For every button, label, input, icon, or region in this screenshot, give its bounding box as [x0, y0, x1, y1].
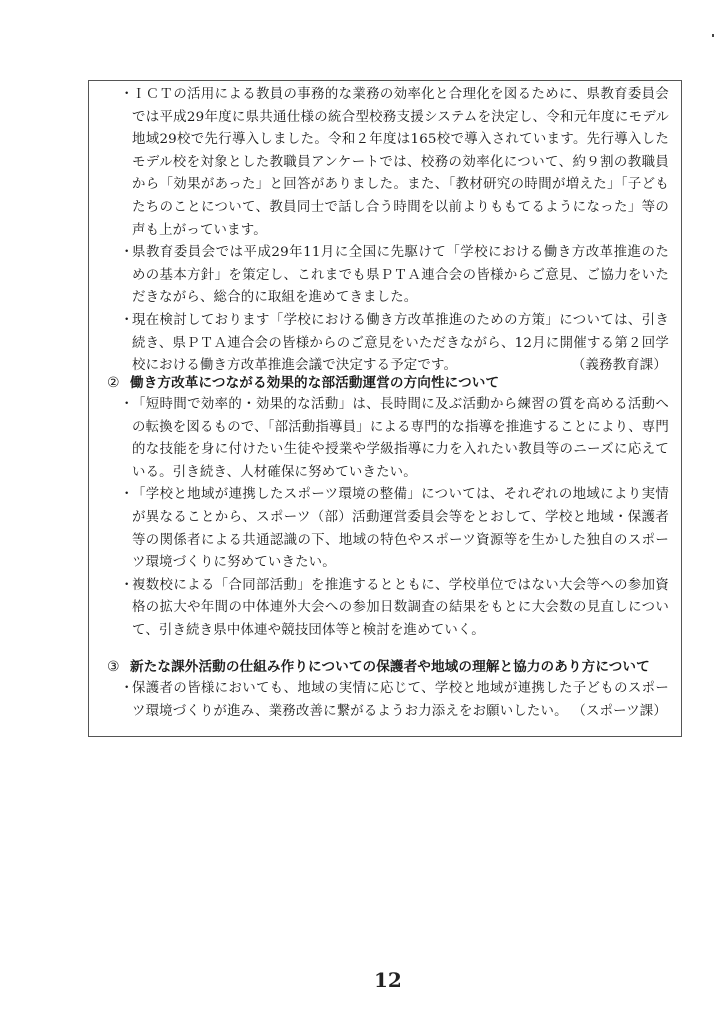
bullet-item: ・ 保護者の皆様においても、地域の実情に応じて、学校と地域が連携した子どものスポ…	[89, 678, 681, 723]
department-label: （スポーツ課）	[572, 701, 669, 724]
scan-mark	[712, 34, 714, 37]
item-text: 県教育委員会では平成29年11月に全国に先駆けて「学校における働き方改革推進のた…	[132, 245, 669, 305]
bullet-item: ・ ＩＣＴの活用による教員の事務的な業務の効率化と合理化を図るために、県教育委員…	[89, 84, 681, 242]
section-heading: ② 働き方改革につながる効果的な部活動運営の方向性について	[89, 372, 681, 394]
section-title: 新たな課外活動の仕組み作りについての保護者や地域の理解と協力のあり方について	[130, 659, 650, 675]
section-title: 働き方改革につながる効果的な部活動運営の方向性について	[130, 375, 499, 391]
document-page: ・ ＩＣＴの活用による教員の事務的な業務の効率化と合理化を図るために、県教育委員…	[0, 0, 724, 1024]
bullet-marker: ・	[120, 242, 130, 265]
item-text: 複数校による「合同部活動」を推進するとともに、学校単位ではない大会等への参加資格…	[132, 578, 669, 638]
item-text: ＩＣＴの活用による教員の事務的な業務の効率化と合理化を図るために、県教育委員会で…	[132, 87, 669, 238]
bullet-marker: ・	[120, 84, 130, 107]
section-heading: ③ 新たな課外活動の仕組み作りについての保護者や地域の理解と協力のあり方について	[89, 656, 681, 678]
item-text: 「短時間で効率的・効果的な活動」は、長時間に及ぶ活動から練習の質を高める活動への…	[132, 397, 669, 480]
section-1: ・ ＩＣＴの活用による教員の事務的な業務の効率化と合理化を図るために、県教育委員…	[89, 84, 681, 378]
content-box: ・ ＩＣＴの活用による教員の事務的な業務の効率化と合理化を図るために、県教育委員…	[88, 80, 682, 737]
section-number: ③	[107, 656, 120, 678]
bullet-marker: ・	[120, 484, 130, 507]
bullet-item: ・ 複数校による「合同部活動」を推進するとともに、学校単位ではない大会等への参加…	[89, 575, 681, 643]
bullet-item: ・ 「学校と地域が連携したスポーツ環境の整備」については、それぞれの地域により実…	[89, 484, 681, 574]
section-number: ②	[107, 372, 120, 394]
item-text: 「学校と地域が連携したスポーツ環境の整備」については、それぞれの地域により実情が…	[132, 487, 669, 570]
bullet-marker: ・	[120, 678, 130, 701]
bullet-marker: ・	[120, 575, 130, 598]
bullet-item: ・ 県教育委員会では平成29年11月に全国に先駆けて「学校における働き方改革推進…	[89, 242, 681, 310]
section-2: ② 働き方改革につながる効果的な部活動運営の方向性について ・ 「短時間で効率的…	[89, 372, 681, 643]
page-number: 12	[374, 968, 402, 992]
bullet-marker: ・	[120, 310, 130, 333]
bullet-marker: ・	[120, 394, 130, 417]
bullet-item: ・ 現在検討しております「学校における働き方改革推進のための方策」については、引…	[89, 310, 681, 378]
bullet-item: ・ 「短時間で効率的・効果的な活動」は、長時間に及ぶ活動から練習の質を高める活動…	[89, 394, 681, 484]
section-3: ③ 新たな課外活動の仕組み作りについての保護者や地域の理解と協力のあり方について…	[89, 656, 681, 723]
